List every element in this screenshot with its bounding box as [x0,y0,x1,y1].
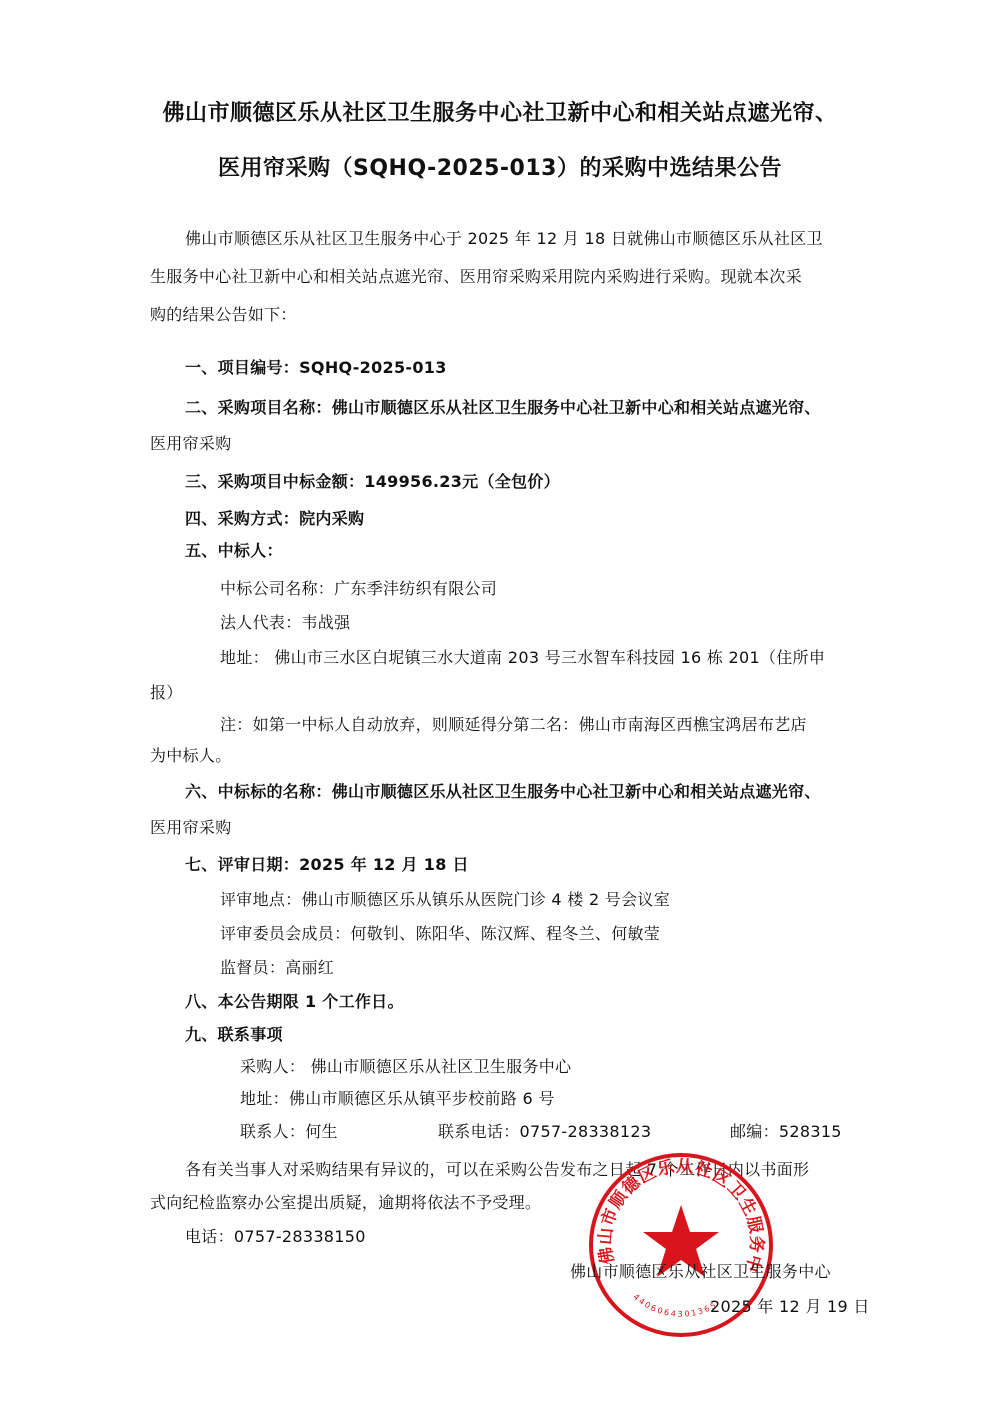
title-line-1: 佛山市顺德区乐从社区卫生服务中心社卫新中心和相关站点遮光帘、 [0,96,1000,127]
review-supervisor: 监督员：高丽红 [220,955,334,978]
title-line-2: 医用帘采购（SQHQ-2025-013）的采购中选结果公告 [0,151,1000,182]
intro-line-3: 购的结果公告如下： [150,302,297,325]
section-5-winner-heading: 五、中标人： [185,538,283,561]
contact-person: 联系人：何生 [240,1119,338,1142]
intro-line-2: 生服务中心社卫新中心和相关站点遮光帘、医用帘采购采用院内采购进行采购。现就本次采 [150,264,802,287]
objection-phone: 电话：0757-28338150 [185,1224,366,1247]
section-6-subject-name-cont: 医用帘采购 [150,815,232,838]
contact-purchaser: 采购人： 佛山市顺德区乐从社区卫生服务中心 [240,1054,571,1077]
contact-postcode: 邮编：528315 [730,1119,842,1142]
winner-company: 中标公司名称：广东季沣纺织有限公司 [220,576,497,599]
section-8-notice-period: 八、本公告期限 1 个工作日。 [185,989,404,1012]
winner-address: 地址： 佛山市三水区白坭镇三水大道南 203 号三水智车科技园 16 栋 201… [220,645,825,668]
signature-org: 佛山市顺德区乐从社区卫生服务中心 [570,1259,831,1282]
review-committee: 评审委员会成员：何敬钊、陈阳华、陈汉辉、程冬兰、何敏莹 [220,921,660,944]
seal-serial: 4406064301365 [631,1292,719,1318]
runner-up-note-cont: 为中标人。 [150,743,232,766]
contact-phone: 联系电话：0757-28338123 [438,1119,651,1142]
section-7-review-date: 七、评审日期：2025 年 12 月 18 日 [185,852,469,875]
section-9-contact-heading: 九、联系事项 [185,1022,283,1045]
intro-line-1: 佛山市顺德区乐从社区卫生服务中心于 2025 年 12 月 18 日就佛山市顺德… [185,226,823,249]
winner-address-cont: 报） [150,680,183,703]
announcement-page: 佛山市顺德区乐从社区卫生服务中心社卫新中心和相关站点遮光帘、 医用帘采购（SQH… [0,0,1000,1415]
section-6-subject-name: 六、中标标的名称：佛山市顺德区乐从社区卫生服务中心社卫新中心和相关站点遮光帘、 [185,779,821,802]
section-2-project-name-cont: 医用帘采购 [150,431,232,454]
objection-notice-cont: 式向纪检监察办公室提出质疑，逾期将依法不予受理。 [150,1190,541,1213]
section-3-award-amount: 三、采购项目中标金额：149956.23元（全包价） [185,469,560,492]
section-4-procurement-method: 四、采购方式：院内采购 [185,506,364,529]
review-location: 评审地点：佛山市顺德区乐从镇乐从医院门诊 4 楼 2 号会议室 [220,887,670,910]
signature-date: 2025 年 12 月 19 日 [710,1294,870,1317]
runner-up-note: 注：如第一中标人自动放弃，则顺延得分第二名：佛山市南海区西樵宝鸿居布艺店 [220,712,807,735]
winner-legal-rep: 法人代表：韦战强 [220,610,350,633]
section-2-project-name: 二、采购项目名称：佛山市顺德区乐从社区卫生服务中心社卫新中心和相关站点遮光帘、 [185,395,821,418]
section-1-project-number: 一、项目编号：SQHQ-2025-013 [185,355,447,378]
contact-address: 地址：佛山市顺德区乐从镇平步校前路 6 号 [240,1086,555,1109]
svg-text:4406064301365: 4406064301365 [631,1292,719,1318]
